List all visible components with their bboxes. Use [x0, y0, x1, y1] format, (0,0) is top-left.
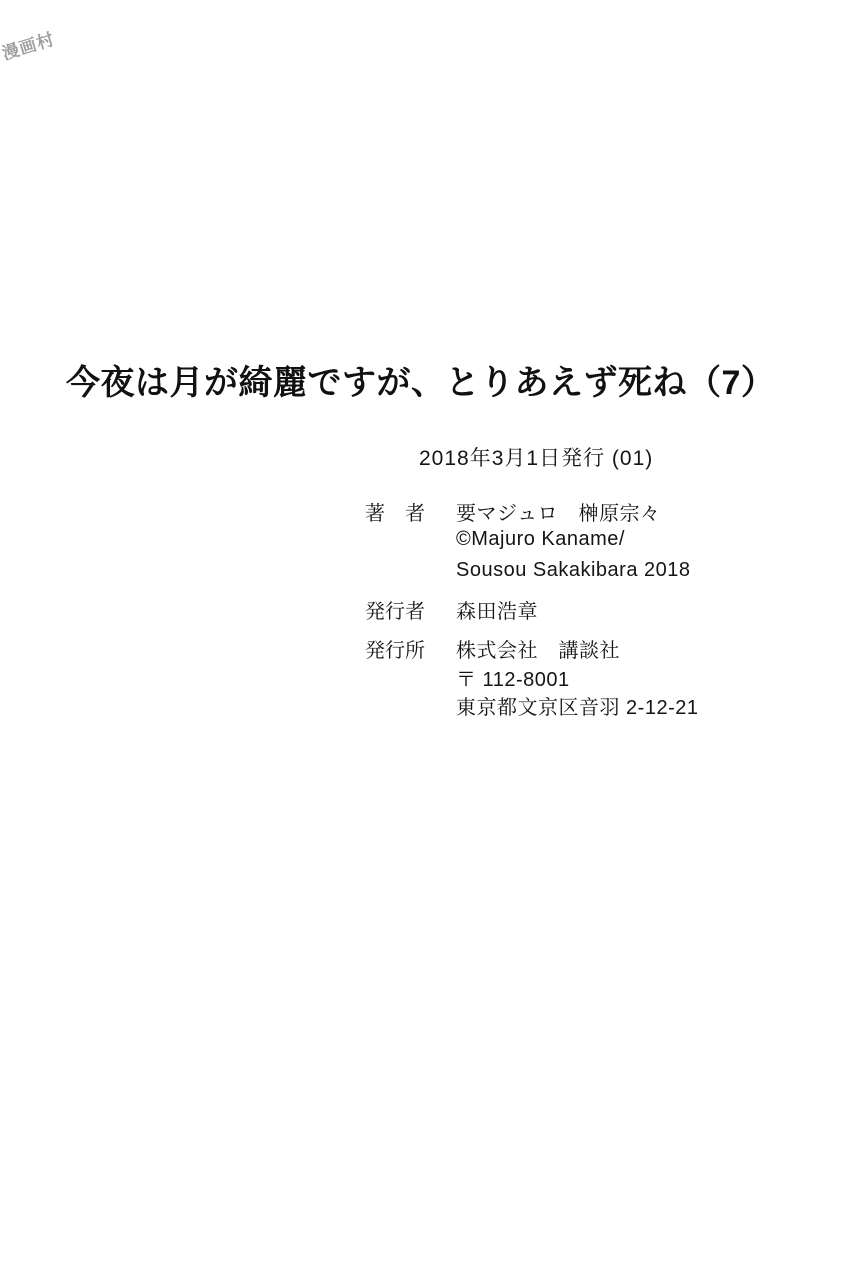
book-title: 今夜は月が綺麗ですが、とりあえず死ね（7） — [66, 355, 775, 404]
office-name: 株式会社 講談社 — [456, 634, 620, 663]
postal-code: 〒 112-8001 — [456, 663, 570, 692]
site-watermark: 漫画村 — [0, 25, 57, 65]
copyright-line-2: Sousou Sakakibara 2018 — [456, 559, 691, 582]
author-label: 著 者 — [365, 497, 425, 526]
colophon-page: 漫画村 今夜は月が綺麗ですが、とりあえず死ね（7） 2018年3月1日発行 (0… — [0, 0, 850, 1270]
publisher-name: 森田浩章 — [456, 595, 538, 624]
copyright-line-1: ©Majuro Kaname/ — [456, 528, 625, 551]
author-name: 要マジュロ 榊原宗々 — [456, 497, 661, 526]
edition-date: 2018年3月1日発行 (01) — [419, 442, 653, 472]
office-address: 東京都文京区音羽 2-12-21 — [456, 691, 699, 720]
office-label: 発行所 — [365, 634, 425, 663]
publisher-label: 発行者 — [365, 595, 425, 624]
